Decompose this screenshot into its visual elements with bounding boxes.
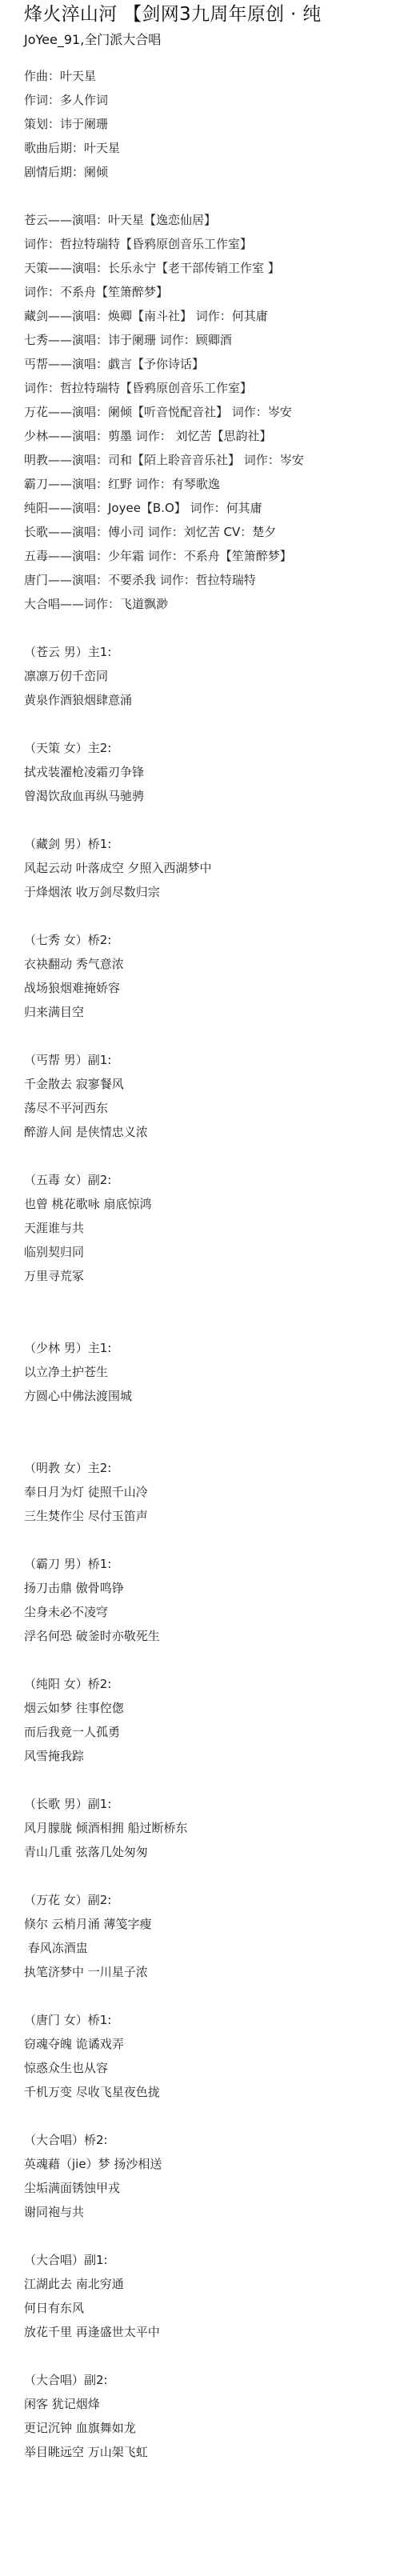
lyric-line: 凛凛万仞千峦同: [24, 664, 400, 688]
lyric-blank-line: [24, 904, 400, 928]
lyric-line: 放花千里 再逢盛世太平中: [24, 2320, 400, 2344]
lyric-blank-line: [24, 1144, 400, 1168]
lyric-blank-line: [24, 1984, 400, 2008]
lyric-line: （大合唱）桥2:: [24, 2128, 400, 2152]
lyric-blank-line: [24, 2224, 400, 2248]
lyric-line: （七秀 女）桥2:: [24, 928, 400, 952]
lyric-line: 青山几重 弦落几处匆匆: [24, 1840, 400, 1864]
lyric-line: 黄泉作酒狼烟肆意涌: [24, 688, 400, 712]
lyric-line: 七秀——演唱：讳于阑珊 词作：顾卿酒: [24, 328, 400, 352]
lyric-blank-line: [24, 712, 400, 736]
lyric-line: 临别契归同: [24, 1240, 400, 1264]
lyric-line: （万花 女）副2:: [24, 1888, 400, 1912]
lyric-line: 扬刀击鼎 傲骨鸣铮: [24, 1576, 400, 1600]
lyric-blank-line: [24, 1768, 400, 1792]
lyric-line: （少林 男）主1:: [24, 1336, 400, 1360]
lyric-blank-line: [24, 2344, 400, 2368]
lyric-line: 窃魂夺魄 诡谲戏弄: [24, 2032, 400, 2056]
lyric-line: 丐帮——演唱：戯言【予你诗话】: [24, 352, 400, 376]
lyric-line: 尘垢满面锈蚀甲戎: [24, 2176, 400, 2200]
lyric-line: 烟云如梦 往事倥偬: [24, 1696, 400, 1720]
lyric-line: （长歌 男）副1:: [24, 1792, 400, 1816]
lyric-line: 风雪掩我踪: [24, 1744, 400, 1768]
lyric-line: 战场狼烟难掩娇容: [24, 976, 400, 1000]
lyric-line: 闲客 犹记烟烽: [24, 2392, 400, 2416]
lyric-line: 唐门——演唱：不要杀我 词作：哲拉特瑞特: [24, 568, 400, 592]
lyric-line: 明教——演唱：司和【陌上聆音音乐社】 词作：岑安: [24, 448, 400, 472]
lyric-line: （纯阳 女）桥2:: [24, 1672, 400, 1696]
lyric-line: 倏尔 云梢月涌 薄笺字瘦: [24, 1912, 400, 1936]
lyric-line: （天策 女）主2:: [24, 736, 400, 760]
lyric-line: 衣袂翻动 秀气意浓: [24, 952, 400, 976]
lyric-line: （明教 女）主2:: [24, 1456, 400, 1480]
lyric-line: 少林——演唱：剪墨 词作： 刘忆苦【思韵社】: [24, 424, 400, 448]
lyric-line: 风月朦胧 倾酒相拥 船过断桥东: [24, 1816, 400, 1840]
lyric-line: 藏剑——演唱：焕卿【南斗社】 词作：何其庸: [24, 304, 400, 328]
lyric-line: 长歌——演唱：傅小司 词作：刘忆苦 CV：楚夕: [24, 520, 400, 544]
lyric-line: 浮名何恐 破釜时亦敬死生: [24, 1624, 400, 1648]
song-artists: JoYee_91,全门派大合唱: [24, 30, 400, 50]
lyric-line: （霸刀 男）桥1:: [24, 1552, 400, 1576]
lyrics-page: 烽火淬山河 【剑网3九周年原创 · 纯 JoYee_91,全门派大合唱 作曲：叶…: [0, 0, 400, 2464]
lyric-line: 于烽烟浓 收万剑尽数归宗: [24, 880, 400, 904]
lyric-blank-line: [24, 1288, 400, 1312]
lyric-line: 醉游人间 是侠情忠义浓: [24, 1120, 400, 1144]
lyric-blank-line: [24, 1648, 400, 1672]
lyric-line: （苍云 男）主1:: [24, 640, 400, 664]
lyric-line: 执笔济梦中 一川星子浓: [24, 1960, 400, 1984]
lyric-blank-line: [24, 808, 400, 832]
lyric-line: 江湖此去 南北穷通: [24, 2272, 400, 2296]
lyric-line: （大合唱）副1:: [24, 2248, 400, 2272]
lyric-line: （五毒 女）副2:: [24, 1168, 400, 1192]
lyric-line: 词作：哲拉特瑞特【昏鸦原创音乐工作室】: [24, 232, 400, 256]
lyric-line: 歌曲后期：叶天星: [24, 136, 400, 160]
lyric-line: 策划：讳于阑珊: [24, 112, 400, 136]
lyric-blank-line: [24, 1432, 400, 1456]
lyric-blank-line: [24, 1864, 400, 1888]
lyric-line: 纯阳——演唱：Joyee【B.O】 词作：何其庸: [24, 496, 400, 520]
lyric-blank-line: [24, 1528, 400, 1552]
lyric-line: 而后我竟一人孤勇: [24, 1720, 400, 1744]
song-title: 烽火淬山河 【剑网3九周年原创 · 纯: [24, 0, 400, 26]
lyric-blank-line: [24, 184, 400, 208]
lyric-line: 归来满目空: [24, 1000, 400, 1024]
lyric-blank-line: [24, 1408, 400, 1432]
lyric-line: 春风冻酒盅: [24, 1936, 400, 1960]
lyric-line: 霸刀——演唱：红野 词作：有琴歌逸: [24, 472, 400, 496]
lyric-line: 谢同袍与共: [24, 2200, 400, 2224]
lyric-line: （藏剑 男）桥1:: [24, 832, 400, 856]
lyric-line: 曾渴饮敌血再纵马驰骋: [24, 784, 400, 808]
lyric-line: 方圆心中佛法渡围城: [24, 1384, 400, 1408]
lyric-line: 三生焚作尘 尽付玉笛声: [24, 1504, 400, 1528]
lyric-line: 剧情后期：阑倾: [24, 160, 400, 184]
lyric-line: 也曾 桃花歌咏 扇底惊鸿: [24, 1192, 400, 1216]
lyric-line: 千机万变 尽收飞星夜色拢: [24, 2080, 400, 2104]
lyric-line: 尘身未必不凌穹: [24, 1600, 400, 1624]
lyric-line: 何日有东风: [24, 2296, 400, 2320]
lyric-line: 五毒——演唱：少年霜 词作：不系舟【笙箫醉梦】: [24, 544, 400, 568]
lyric-line: 千金散去 寂寥餐风: [24, 1072, 400, 1096]
lyric-line: 荡尽不平河西东: [24, 1096, 400, 1120]
lyric-line: 词作：哲拉特瑞特【昏鸦原创音乐工作室】: [24, 376, 400, 400]
lyric-line: 作词：多人作词: [24, 88, 400, 112]
lyric-blank-line: [24, 1024, 400, 1048]
lyric-line: 奉日月为灯 徒照千山冷: [24, 1480, 400, 1504]
lyric-line: 天策——演唱：长乐永宁【老干部传销工作室 】: [24, 256, 400, 280]
lyric-line: （大合唱）副2:: [24, 2368, 400, 2392]
lyric-blank-line: [24, 616, 400, 640]
lyric-line: 苍云——演唱：叶天星【逸恋仙居】: [24, 208, 400, 232]
lyric-line: 拭戎装濯枪凌霜刃争锋: [24, 760, 400, 784]
lyric-line: 大合唱——词作：飞道飘渺: [24, 592, 400, 616]
lyric-line: 词作：不系舟【笙箫醉梦】: [24, 280, 400, 304]
lyric-line: 举目眺远空 万山架飞虹: [24, 2440, 400, 2464]
lyric-blank-line: [24, 2104, 400, 2128]
lyrics-body: 作曲：叶天星作词：多人作词策划：讳于阑珊歌曲后期：叶天星剧情后期：阑倾苍云——演…: [24, 64, 400, 2464]
lyric-line: 以立净土护苍生: [24, 1360, 400, 1384]
lyric-line: 惊惑众生也从容: [24, 2056, 400, 2080]
lyric-line: 作曲：叶天星: [24, 64, 400, 88]
lyric-line: 英魂藉（jie）梦 扬沙相送: [24, 2152, 400, 2176]
lyric-line: 更记沉钟 血旗舞如龙: [24, 2416, 400, 2440]
lyric-line: 天涯谁与共: [24, 1216, 400, 1240]
lyric-line: （唐门 女）桥1:: [24, 2008, 400, 2032]
lyric-line: （丐帮 男）副1:: [24, 1048, 400, 1072]
lyric-line: 万里寻荒冢: [24, 1264, 400, 1288]
lyric-line: 风起云动 叶落成空 夕照入西湖梦中: [24, 856, 400, 880]
lyric-line: 万花——演唱：阑倾【听音悦配音社】 词作：岑安: [24, 400, 400, 424]
lyric-blank-line: [24, 1312, 400, 1336]
